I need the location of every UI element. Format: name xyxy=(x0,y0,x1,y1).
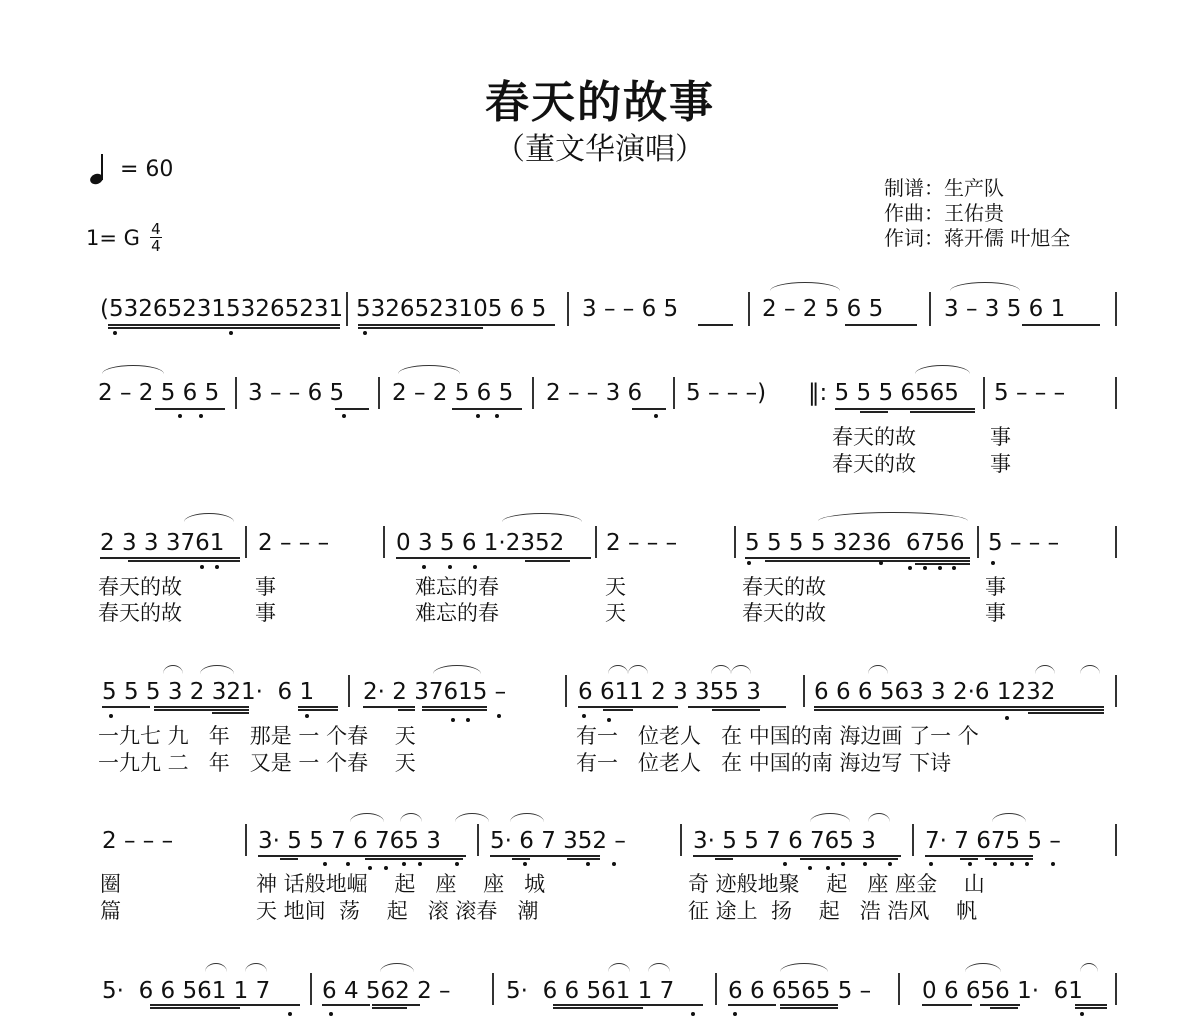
measure: 5· 6 6 561 1 7 xyxy=(506,978,674,1004)
credits: 制谱：生产队 作曲：王佑贵 作词：蒋开儒 叶旭全 xyxy=(884,176,1070,251)
measure: 6 611 2 3 355 3 xyxy=(578,679,761,705)
measure: 5 – – –) xyxy=(686,380,766,406)
lyric: 事 xyxy=(255,597,276,627)
measure: 3· 5 5 7 6 765 3 xyxy=(693,828,876,854)
song-title: 春天的故事 xyxy=(0,66,1200,130)
lyric: 神 话般地崛 起 座 座 城 xyxy=(256,868,545,898)
lyric: 事 xyxy=(990,448,1011,478)
measure: 2 – – – xyxy=(606,530,677,556)
measure: 5 5 5 5 3236 6756 xyxy=(745,530,964,556)
measure: 0 6 656 1· 61 xyxy=(922,978,1083,1004)
lyric: 春天的故 xyxy=(98,597,182,627)
key-label: 1= G xyxy=(86,226,140,250)
measure: 5· 6 7 352 – xyxy=(490,828,626,854)
measure: 5326523105 6 5 xyxy=(356,296,546,322)
performer-subtitle: （董文华演唱） xyxy=(0,124,1200,168)
credit-notation: 制谱：生产队 xyxy=(884,176,1070,201)
measure: 2 – 2 5 6 5 xyxy=(762,296,883,322)
lyric: 春天的故 xyxy=(832,421,916,451)
measure: 2 3 3 3761 xyxy=(100,530,224,556)
lyric: 有一 位老人 在 中国的南 海边画 了一 个 xyxy=(576,720,979,750)
time-signature-numerator: 4 xyxy=(151,222,161,236)
lyric: 天 xyxy=(605,597,626,627)
lyric: 征 途上 扬 起 浩 浩风 帆 xyxy=(688,895,977,925)
barline xyxy=(748,292,750,326)
measure: 2 – – 3 6 xyxy=(546,380,642,406)
measure: ‖: 5 5 5 6565 xyxy=(808,380,959,406)
barline xyxy=(567,292,569,326)
lyric: 奇 迹般地聚 起 座 座金 山 xyxy=(688,868,985,898)
measure: 3 – – 6 5 xyxy=(582,296,678,322)
measure: 6 6 6 563 3 2·6 1232 xyxy=(814,679,1055,705)
lyric: 春天的故 xyxy=(832,448,916,478)
measure: 2 – – – xyxy=(102,828,173,854)
measure: 5 – – – xyxy=(988,530,1059,556)
measure: 6 6 6565 5 – xyxy=(728,978,871,1004)
measure: 5 5 5 3 2 321· 6 1 xyxy=(102,679,314,705)
measure: 0 3 5 6 1·2352 xyxy=(396,530,564,556)
measure: 2 – 2 5 6 5 xyxy=(392,380,513,406)
credit-lyricist: 作词：蒋开儒 叶旭全 xyxy=(884,226,1070,251)
tempo-value: = 60 xyxy=(120,157,173,182)
credit-composer: 作曲：王佑贵 xyxy=(884,201,1070,226)
lyric: 事 xyxy=(990,421,1011,451)
barline xyxy=(346,292,348,326)
barline xyxy=(929,292,931,326)
measure: 3 – – 6 5 xyxy=(248,380,344,406)
time-signature-denominator: 4 xyxy=(151,239,161,253)
tempo-marking: = 60 xyxy=(90,154,173,184)
lyric: 春天的故 xyxy=(742,597,826,627)
measure: 2· 2 37615 – xyxy=(363,679,506,705)
measure: 2 – 2 5 6 5 xyxy=(98,380,219,406)
lyric: 一九七 九 年 那是 一 个春 天 xyxy=(98,720,416,750)
lyric: 一九九 二 年 又是 一 个春 天 xyxy=(98,747,416,777)
measure: 5 – – – xyxy=(994,380,1065,406)
lyric: 事 xyxy=(985,597,1006,627)
lyric: 难忘的春 xyxy=(415,597,499,627)
measure: 3 – 3 5 6 1 xyxy=(944,296,1065,322)
measure: 7· 7 675 5 – xyxy=(925,828,1061,854)
barline xyxy=(1115,292,1117,326)
lyric: 有一 位老人 在 中国的南 海边写 下诗 xyxy=(576,747,951,777)
measure: 2 – – – xyxy=(258,530,329,556)
key-signature: 1= G 4 4 xyxy=(86,222,162,253)
quarter-note-icon xyxy=(90,154,106,184)
lyric: 圈 xyxy=(100,868,121,898)
measure: 6 4 562 2 – xyxy=(322,978,451,1004)
lyric: 篇 xyxy=(100,895,121,925)
measure: 3· 5 5 7 6 765 3 xyxy=(258,828,441,854)
time-signature: 4 4 xyxy=(150,222,162,253)
lyric: 天 地间 荡 起 滚 滚春 潮 xyxy=(256,895,538,925)
measure: 5· 6 6 561 1 7 xyxy=(102,978,270,1004)
measure: (5326523153265231 xyxy=(100,296,343,322)
